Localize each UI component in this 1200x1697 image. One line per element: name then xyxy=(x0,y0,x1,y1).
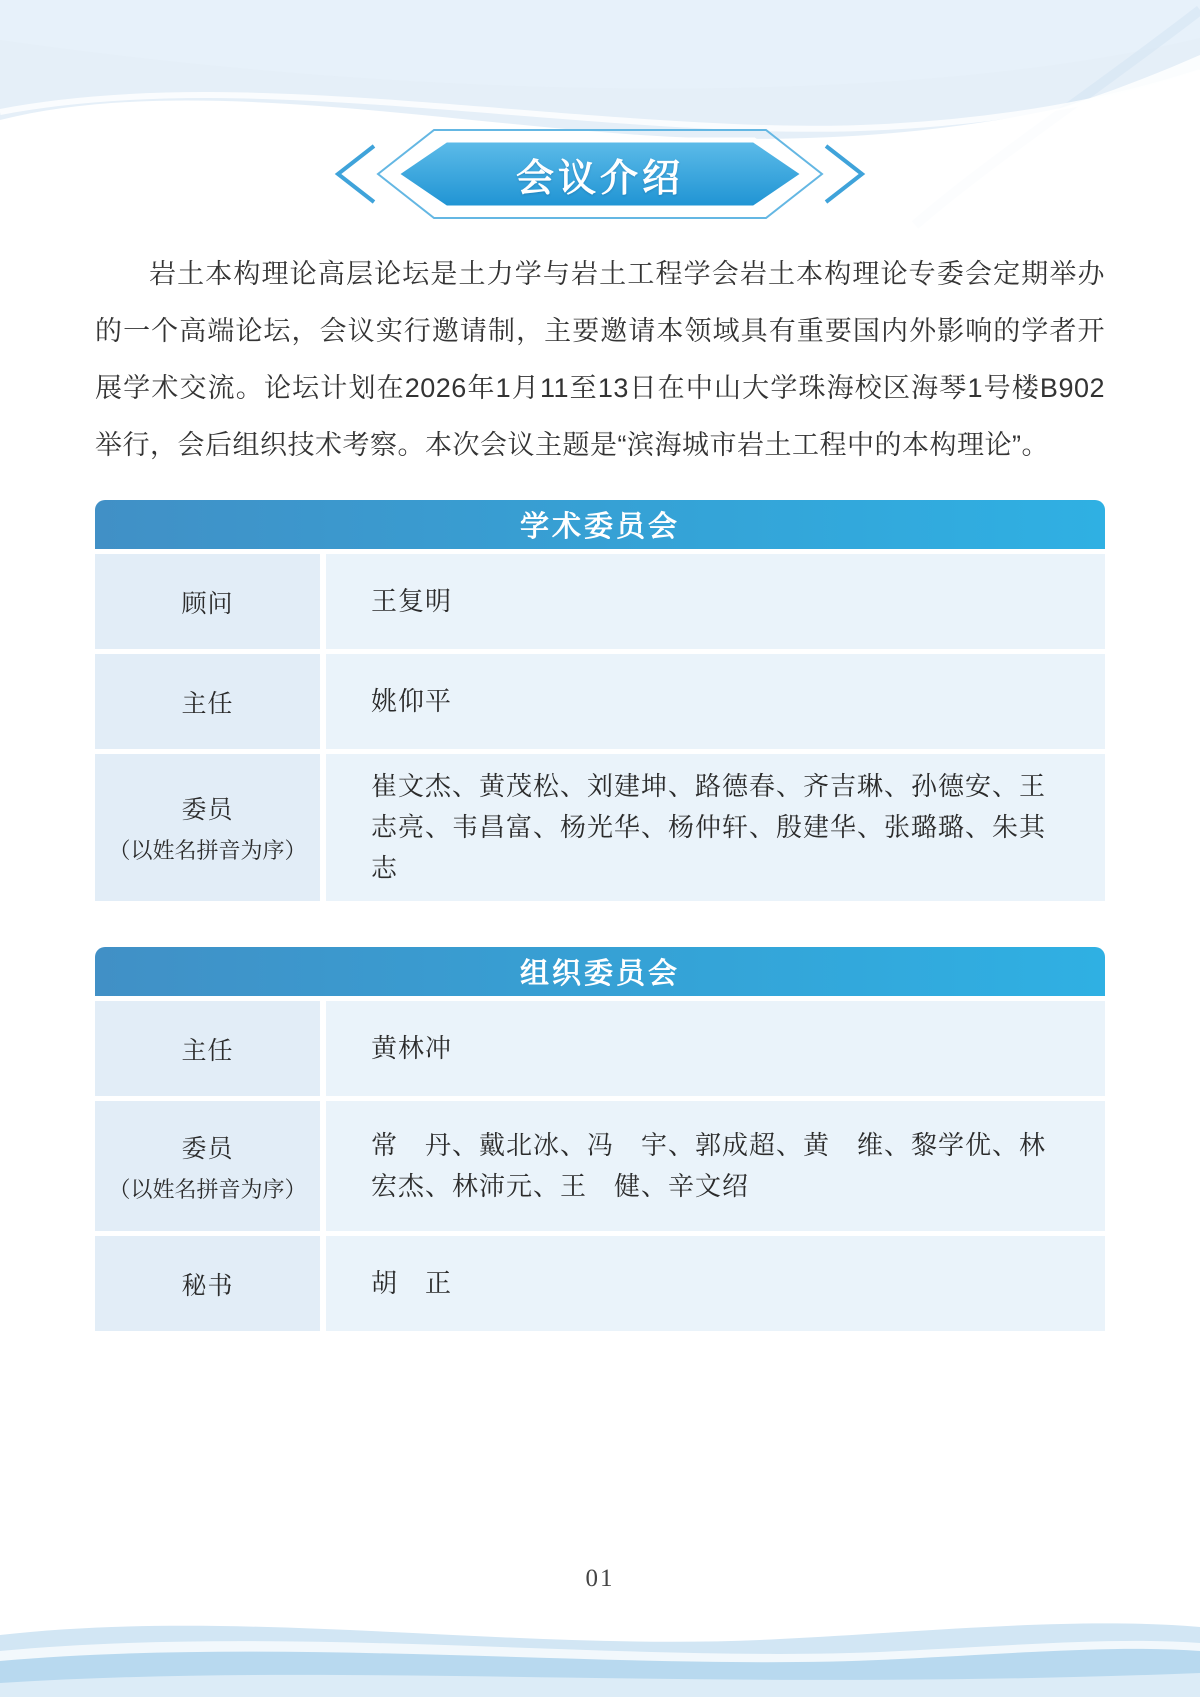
committee-title-bar: 学术委员会 xyxy=(95,500,1105,549)
brochure-page: 会议介绍 岩土本构理论高层论坛是土力学与岩土工程学会岩土本构理论专委会定期举办的… xyxy=(0,0,1200,1697)
table-row: 秘书 胡 正 xyxy=(95,1236,1105,1331)
row-value: 王复明 xyxy=(371,581,452,622)
row-value: 胡 正 xyxy=(371,1263,452,1304)
table-row: 主任 姚仰平 xyxy=(95,654,1105,749)
row-value: 崔文杰、黄茂松、刘建坤、路德春、齐吉琳、孙德安、王志亮、韦昌富、杨光华、杨仲轩、… xyxy=(371,766,1065,889)
committee-title: 学术委员会 xyxy=(520,504,680,545)
section-title-badge: 会议介绍 xyxy=(0,126,1200,222)
row-label: 委员 xyxy=(181,790,233,826)
row-value-cell: 姚仰平 xyxy=(326,654,1105,749)
row-value-cell: 胡 正 xyxy=(326,1236,1105,1331)
row-label-cell: 顾问 xyxy=(95,554,320,649)
row-label-cell: 主任 xyxy=(95,1001,320,1096)
row-label: 主任 xyxy=(181,1031,233,1067)
row-value: 黄林冲 xyxy=(371,1028,452,1069)
section-title: 会议介绍 xyxy=(0,126,1200,222)
row-sublabel: （以姓名拼音为序） xyxy=(108,1173,306,1204)
committee-title-bar: 组织委员会 xyxy=(95,947,1105,996)
row-value: 姚仰平 xyxy=(371,681,452,722)
committee-title: 组织委员会 xyxy=(520,951,680,992)
row-label-cell: 委员 （以姓名拼音为序） xyxy=(95,754,320,901)
table-row: 委员 （以姓名拼音为序） 常 丹、戴北冰、冯 宇、郭成超、黄 维、黎学优、林宏杰… xyxy=(95,1101,1105,1231)
row-label: 顾问 xyxy=(181,584,233,620)
row-value-cell: 常 丹、戴北冰、冯 宇、郭成超、黄 维、黎学优、林宏杰、林沛元、王 健、辛文绍 xyxy=(326,1101,1105,1231)
row-label-cell: 主任 xyxy=(95,654,320,749)
committee-organizing: 组织委员会 主任 黄林冲 委员 （以姓名拼音为序） 常 丹、戴北冰、冯 宇、郭成… xyxy=(95,947,1105,1331)
row-label: 秘书 xyxy=(181,1266,233,1302)
committee-academic: 学术委员会 顾问 王复明 主任 姚仰平 委员 xyxy=(95,500,1105,901)
row-sublabel: （以姓名拼音为序） xyxy=(108,834,306,865)
row-value-cell: 黄林冲 xyxy=(326,1001,1105,1096)
row-value: 常 丹、戴北冰、冯 宇、郭成超、黄 维、黎学优、林宏杰、林沛元、王 健、辛文绍 xyxy=(371,1125,1065,1207)
row-label: 主任 xyxy=(181,684,233,720)
intro-paragraph: 岩土本构理论高层论坛是土力学与岩土工程学会岩土本构理论专委会定期举办的一个高端论… xyxy=(95,246,1105,474)
page-number: 01 xyxy=(0,1565,1200,1593)
table-row: 委员 （以姓名拼音为序） 崔文杰、黄茂松、刘建坤、路德春、齐吉琳、孙德安、王志亮… xyxy=(95,754,1105,901)
row-label: 委员 xyxy=(181,1129,233,1165)
row-label-cell: 委员 （以姓名拼音为序） xyxy=(95,1101,320,1231)
row-label-cell: 秘书 xyxy=(95,1236,320,1331)
row-value-cell: 王复明 xyxy=(326,554,1105,649)
table-row: 顾问 王复明 xyxy=(95,554,1105,649)
row-value-cell: 崔文杰、黄茂松、刘建坤、路德春、齐吉琳、孙德安、王志亮、韦昌富、杨光华、杨仲轩、… xyxy=(326,754,1105,901)
bottom-wave-decoration xyxy=(0,1601,1200,1697)
table-row: 主任 黄林冲 xyxy=(95,1001,1105,1096)
